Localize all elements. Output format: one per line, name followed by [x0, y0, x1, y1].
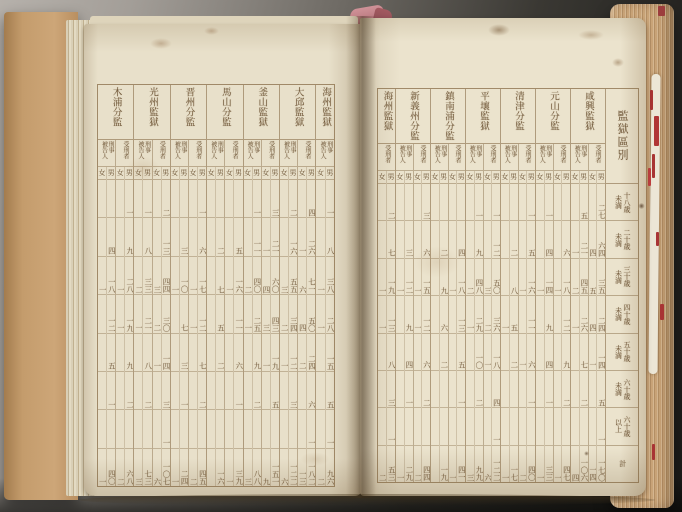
data-cell: 一 — [262, 334, 270, 372]
data-cell: 二八 — [326, 295, 334, 333]
data-cell — [207, 218, 215, 256]
data-cell — [216, 410, 224, 448]
vertical-text: 一 — [326, 439, 334, 447]
gender-header-male: 男 — [234, 167, 242, 180]
data-cell — [422, 408, 430, 445]
data-cell: 一 — [116, 295, 124, 333]
vertical-text: 刑事 — [143, 141, 150, 166]
data-cell: 三 — [466, 446, 474, 482]
gender-column-female: 女一六四二一三 — [298, 167, 307, 486]
data-cell: 一八二 — [307, 449, 315, 486]
data-cell: 二 — [253, 372, 261, 410]
data-cell — [484, 184, 492, 221]
vertical-text: 一 — [527, 399, 535, 407]
data-cell: 一七 — [510, 446, 518, 482]
vertical-text: 一 — [189, 286, 197, 294]
data-cell: 二 — [162, 180, 170, 218]
vertical-text: 二 — [216, 247, 224, 255]
vertical-text: 一 — [527, 212, 535, 220]
data-cell: 七 — [198, 334, 206, 372]
vertical-text: 二 — [198, 401, 206, 409]
vertical-text: 三 — [289, 401, 297, 409]
data-cell: 一一 — [253, 218, 261, 256]
gender-column-male: 男一一二五〇三六一八四一一二二 — [492, 171, 500, 482]
data-cell: 二 — [125, 372, 133, 410]
category-column: 監獄區別 十八歳未満二十歳未満三十歳未満四十歳未満五十歳未満六十歳未満六十歳以上… — [606, 89, 638, 482]
vertical-text: 九六 — [326, 470, 334, 485]
vertical-text: 二十歳 — [623, 229, 631, 250]
data-cell: 三五 — [597, 259, 605, 296]
data-cell: 三 — [244, 449, 252, 486]
data-cell: 四〇 — [527, 446, 535, 482]
data-cell — [571, 408, 579, 445]
vertical-text: 六十歳 — [623, 416, 631, 437]
vertical-text: 七 — [198, 362, 206, 370]
vertical-text: 二九 — [405, 466, 413, 481]
category-label: 受刑者 — [153, 140, 170, 167]
row-label: 三十歳未満 — [606, 259, 638, 296]
data-cell: 二 — [440, 221, 448, 258]
vertical-text: 六〇 — [271, 278, 279, 293]
gender-column-male: 男二一六五五三四一二三一二二 — [289, 167, 297, 486]
vertical-text: 一 — [107, 401, 115, 409]
data-cell: 九 — [405, 296, 413, 333]
data-cell — [554, 296, 562, 333]
vertical-text: 七一 — [307, 278, 315, 293]
gender-header-female: 女 — [449, 171, 457, 184]
data-cell: 一三 — [298, 449, 306, 486]
gender-header-female: 女 — [280, 167, 288, 180]
vertical-text: 四〇 — [107, 470, 115, 485]
vertical-text: 一二 — [562, 317, 570, 332]
vertical-text: 九 — [562, 361, 570, 369]
gender-header-male: 男 — [545, 171, 553, 184]
vertical-text: 四 — [405, 361, 413, 369]
data-cell: 一八 — [107, 257, 115, 295]
data-cell: 一〇 — [475, 334, 483, 371]
data-cell: 五 — [580, 184, 588, 221]
data-cell: 一 — [125, 180, 133, 218]
data-cell: 一 — [171, 449, 179, 486]
data-cell: 一三 — [387, 296, 395, 333]
data-cell: 五 — [271, 372, 279, 410]
data-cell — [484, 371, 492, 408]
vertical-text: 一八 — [107, 278, 115, 293]
data-cell: 三 — [271, 180, 279, 218]
data-cell — [98, 218, 106, 256]
data-cell: 一 — [527, 184, 535, 221]
data-cell — [396, 221, 404, 258]
vertical-text: 一 — [316, 286, 324, 294]
data-cell: 一 — [527, 371, 535, 408]
data-cell — [519, 296, 527, 333]
data-cell: 二 — [519, 446, 527, 482]
vertical-text: 六 — [198, 247, 206, 255]
gender-pair: 男五二一四五二六七二一〇六女一二一四 — [571, 171, 588, 482]
vertical-text: 一二 — [405, 279, 413, 294]
gender-header-female: 女 — [571, 171, 579, 184]
data-cell: 一 — [554, 446, 562, 482]
vertical-text: 六 — [298, 286, 306, 294]
data-cell — [225, 295, 233, 333]
vertical-text: 受刑者 — [489, 145, 496, 170]
vertical-text: 一 — [519, 287, 527, 295]
vertical-text: 一 — [153, 362, 161, 370]
vertical-text: 一 — [326, 209, 334, 217]
data-cell — [171, 334, 179, 372]
gender-header-female: 女 — [431, 171, 439, 184]
gender-pair: 男二七一九一三八三一五三女一一二 — [378, 171, 395, 482]
data-cell: 一 — [457, 371, 465, 408]
data-cell: 一 — [536, 259, 544, 296]
data-cell — [431, 184, 439, 221]
vertical-text: 一二 — [289, 355, 297, 370]
vertical-text: 七 — [180, 324, 188, 332]
data-cell: 二 — [116, 449, 124, 486]
vertical-text: 四〇 — [527, 466, 535, 481]
vertical-text: 五 — [271, 401, 279, 409]
vertical-text: 未満 — [614, 270, 622, 284]
category-column-header: 監獄區別 — [606, 89, 638, 184]
data-cell: 二 — [216, 334, 224, 372]
data-cell — [116, 218, 124, 256]
data-cell: 六 — [422, 334, 430, 371]
vertical-text: 二 — [580, 399, 588, 407]
gender-column-male: 男一八三八二八一五五一九六 — [326, 167, 334, 486]
vertical-text: 一 — [125, 209, 133, 217]
gender-header-female: 女 — [466, 171, 474, 184]
data-cell — [98, 410, 106, 448]
data-cell — [431, 296, 439, 333]
data-cell: 五 — [107, 334, 115, 372]
category-subcolumn: 刑事被告人男二七五二一六女 — [207, 140, 225, 486]
vertical-text: 一 — [162, 439, 170, 447]
data-cell — [431, 446, 439, 482]
vertical-text: 二四 — [307, 355, 315, 370]
prison-name: 清津分監 — [501, 89, 535, 144]
gender-header-male: 男 — [307, 167, 315, 180]
gender-pair: 男三二一六〇四三一九五一五一女一四三一九 — [262, 167, 279, 486]
vertical-text: 清津分監 — [513, 91, 523, 143]
data-cell — [501, 408, 509, 445]
vertical-text: 一一 — [253, 240, 261, 255]
category-subcolumn: 刑事被告人男一九四八二九一〇二九九女二一三 — [466, 144, 484, 482]
data-cell — [519, 408, 527, 445]
vertical-text: 受刑者 — [383, 145, 390, 170]
vertical-text: 一六 — [234, 278, 242, 293]
gender-column-female: 女一一 — [449, 171, 458, 482]
category-subcolumn: 受刑者男四一八一三五一四一女一一 — [449, 144, 466, 482]
vertical-text: 五〇 — [307, 317, 315, 332]
data-cell — [244, 410, 252, 448]
vertical-text: 二 — [143, 401, 151, 409]
vertical-text: 八 — [510, 287, 518, 295]
data-cell: 一二 — [562, 296, 570, 333]
data-cell: 八 — [143, 218, 151, 256]
vertical-text: 一 — [597, 436, 605, 444]
vertical-text: 二 — [162, 209, 170, 217]
vertical-text: 一 — [492, 212, 500, 220]
vertical-text: 二一 — [271, 240, 279, 255]
vertical-text: 一五 — [422, 279, 430, 294]
data-cell: 一八 — [492, 334, 500, 371]
vertical-text: 二九 — [475, 317, 483, 332]
category-label: 受刑者 — [262, 140, 279, 167]
gender-pair: 男三六一五一二六二四四女一一二 — [414, 171, 431, 482]
gender-column-male: 男五二一四五二六七二一〇六 — [580, 171, 588, 482]
data-cell: 二 — [289, 180, 297, 218]
data-cell — [554, 334, 562, 371]
data-cell: 三 — [262, 295, 270, 333]
data-cell: 九九 — [475, 446, 483, 482]
data-cell — [189, 218, 197, 256]
vertical-text: 九 — [405, 324, 413, 332]
vertical-text: 計 — [618, 460, 626, 467]
data-cell: 一 — [298, 218, 306, 256]
data-cell: 一五一 — [271, 449, 279, 486]
vertical-text: 四 — [545, 361, 553, 369]
vertical-text: 未満 — [614, 307, 622, 321]
data-cell: 一九 — [125, 295, 133, 333]
vertical-text: 一一 — [234, 317, 242, 332]
data-cell: 一六 — [234, 257, 242, 295]
data-cell: 四〇 — [107, 449, 115, 486]
vertical-text: 四 — [545, 249, 553, 257]
data-cell: 九 — [545, 296, 553, 333]
data-cell: 二 — [510, 221, 518, 258]
gender-header-male: 男 — [326, 167, 334, 180]
data-cell: 三 — [289, 372, 297, 410]
data-cell: 一九 — [440, 446, 448, 482]
data-cell — [414, 221, 422, 258]
prison-name: 咸興監獄 — [571, 89, 605, 144]
vertical-text: 五 — [326, 401, 334, 409]
gender-column-female: 女二一三 — [134, 167, 143, 486]
category-subcolumn: 刑事被告人男二九六二一九女 — [431, 144, 449, 482]
gender-header-male: 男 — [143, 167, 151, 180]
prison-column: 木浦分監受刑者男一九二八一九九二六八女一一二刑事被告人男四一八一二五一四〇女一一 — [98, 85, 134, 486]
data-cell — [527, 408, 535, 445]
data-cell — [189, 180, 197, 218]
vertical-text: 二四 — [597, 317, 605, 332]
data-cell: 二 — [422, 371, 430, 408]
vertical-text: 三 — [134, 478, 142, 486]
vertical-text: 二八 — [125, 278, 133, 293]
gender-column-female: 女四五四一一四 — [589, 171, 598, 482]
data-cell — [244, 334, 252, 372]
vertical-text: 刑事 — [544, 145, 551, 170]
vertical-text: 一六 — [527, 279, 535, 294]
vertical-text: 海州監獄 — [382, 91, 392, 143]
data-cell: 五〇 — [492, 259, 500, 296]
data-cell: 四 — [492, 371, 500, 408]
vertical-text: 一五 — [326, 355, 334, 370]
vertical-text: 一八二 — [307, 463, 315, 486]
prison-column: 清津分監受刑者男一五一六一一六一四〇女一一二刑事被告人男二八五二一七女一一 — [501, 89, 536, 482]
vertical-text: 一 — [262, 247, 270, 255]
gender-pair: 男一四一四九四一三三女一一 — [536, 171, 553, 482]
vertical-text: 新義州分監 — [408, 91, 418, 143]
category-label: 刑事被告人 — [207, 140, 224, 167]
data-cell — [207, 180, 215, 218]
data-cell — [207, 449, 215, 486]
vertical-text: 四 — [262, 286, 270, 294]
data-cell: 三 — [484, 259, 492, 296]
gender-header-male: 男 — [422, 171, 430, 184]
vertical-text: 一七〇 — [597, 459, 605, 482]
vertical-text: 受刑者 — [594, 145, 601, 170]
gender-column-male: 男六一八一二九二四七 — [562, 171, 570, 482]
data-cell — [466, 371, 474, 408]
data-cell: 一 — [396, 446, 404, 482]
gender-column-female: 女一一二 — [316, 167, 325, 486]
vertical-text: 四八 — [475, 279, 483, 294]
prison-name: 馬山分監 — [207, 85, 242, 140]
data-cell: 七三 — [143, 449, 151, 486]
prison-name: 鎮南浦分監 — [431, 89, 465, 144]
vertical-text: 二四 — [180, 470, 188, 485]
vertical-text: 一 — [536, 287, 544, 295]
data-cell — [189, 410, 197, 448]
vertical-text: 鎮南浦分監 — [443, 91, 453, 143]
vertical-text: 刑事 — [179, 141, 186, 166]
vertical-text: 六 — [527, 361, 535, 369]
category-label: 刑事被告人 — [280, 140, 297, 167]
vertical-text: 晋州分監 — [183, 87, 193, 139]
vertical-text: 刑事 — [404, 145, 411, 170]
vertical-text: 三〇 — [162, 317, 170, 332]
data-cell — [449, 371, 457, 408]
vertical-text: 二一 — [580, 242, 588, 257]
vertical-text: 六 — [440, 324, 448, 332]
vertical-text: 一 — [307, 439, 315, 447]
data-cell — [289, 410, 297, 448]
data-cell: 一四 — [597, 334, 605, 371]
data-cell: 一二二 — [492, 446, 500, 482]
category-subcolumn: 受刑者男六一八一二九二四七女一一 — [554, 144, 571, 482]
data-cell: 二 — [189, 449, 197, 486]
row-label: 六十歳未満 — [606, 371, 638, 408]
gender-column-male: 男一四一四九四一三三 — [545, 171, 553, 482]
data-cell — [554, 184, 562, 221]
data-cell: 一 — [519, 259, 527, 296]
data-cell: 六 — [440, 296, 448, 333]
data-cell — [449, 296, 457, 333]
vertical-text: 八 — [143, 247, 151, 255]
vertical-text: 馬山分監 — [220, 87, 230, 139]
data-cell: 一 — [449, 259, 457, 296]
vertical-text: 四〇 — [253, 278, 261, 293]
red-edge-mark — [658, 6, 665, 16]
data-cell: 一二二 — [289, 449, 297, 486]
data-cell — [440, 184, 448, 221]
data-cell: 七 — [180, 295, 188, 333]
data-cell: 一 — [225, 449, 233, 486]
vertical-text: 二 — [244, 286, 252, 294]
data-cell — [189, 334, 197, 372]
data-cell — [378, 184, 386, 221]
data-cell — [107, 410, 115, 448]
vertical-text: 一 — [554, 474, 562, 482]
prison-subcolumns: 受刑者男一九二八一九九二六八女一一二刑事被告人男四一八一二五一四〇女一一 — [98, 140, 133, 486]
data-cell: 一六 — [527, 259, 535, 296]
data-cell: 一五 — [326, 334, 334, 372]
data-cell: 二 — [414, 446, 422, 482]
vertical-text: 六十歳 — [623, 379, 631, 400]
vertical-text: 三 — [244, 478, 252, 486]
data-cell: 二 — [134, 257, 142, 295]
gender-column-male: 男一六一七一二七二四五 — [198, 167, 206, 486]
data-cell: 九 — [125, 218, 133, 256]
data-cell: 二 — [580, 371, 588, 408]
prison-subcolumns: 受刑者男一一二五〇三六一八四一一二二女三二一六刑事被告人男一九四八二九一〇二九九… — [466, 144, 500, 482]
vertical-text: 二 — [484, 324, 492, 332]
vertical-text: 四 — [107, 247, 115, 255]
data-cell: 一 — [116, 257, 124, 295]
data-cell — [216, 372, 224, 410]
vertical-text: 一 — [536, 474, 544, 482]
data-cell — [225, 334, 233, 372]
gender-column-male: 男一五一六一一六一四〇 — [527, 171, 535, 482]
vertical-text: 平壤監獄 — [478, 91, 488, 143]
data-cell — [107, 180, 115, 218]
data-cell: 一 — [189, 257, 197, 295]
category-subcolumn: 刑事被告人男五二一四五二六七二一〇六女一二一四 — [571, 144, 589, 482]
data-cell: 二 — [153, 295, 161, 333]
data-cell: 三九 — [234, 449, 242, 486]
vertical-text: 六 — [153, 478, 161, 486]
vertical-text: 一〇 — [180, 278, 188, 293]
category-subcolumn: 刑事被告人男一一一四〇二五九二八八女二一三 — [244, 140, 262, 486]
data-cell — [536, 296, 544, 333]
red-edge-mark — [656, 232, 659, 246]
row-label: 十八歳未満 — [606, 184, 638, 221]
data-cell: 八 — [326, 218, 334, 256]
data-cell — [316, 372, 324, 410]
data-cell: 一 — [307, 410, 315, 448]
data-cell: 二 — [475, 371, 483, 408]
photo-stage: 海州監獄刑事被告人男一八三八二八一五五一九六女一一二大邱監獄受刑者男四二六七一五… — [0, 0, 682, 512]
vertical-text: 六 — [307, 401, 315, 409]
data-cell — [378, 408, 386, 445]
data-cell: 一 — [189, 295, 197, 333]
data-cell — [414, 408, 422, 445]
gender-column-male: 男五一六一一六一三九 — [234, 167, 242, 486]
data-cell: 一 — [280, 334, 288, 372]
category-subcolumn: 刑事被告人男三一二九四一二九女一一 — [396, 144, 414, 482]
vertical-text: 二 — [116, 478, 124, 486]
category-subcolumn: 刑事被告人男二八五二一七女一一 — [501, 144, 519, 482]
data-cell: 一八 — [562, 259, 570, 296]
gender-header-female: 女 — [134, 167, 142, 180]
data-cell: 四 — [107, 218, 115, 256]
data-cell — [589, 371, 597, 408]
data-cell — [189, 372, 197, 410]
prison-subcolumns: 受刑者男四一八一三五一四一女一一刑事被告人男二九六二一九女 — [431, 144, 465, 482]
gender-column-female: 女三二一六 — [153, 167, 162, 486]
gender-column-female: 女一一 — [396, 171, 405, 482]
vertical-text: 四 — [589, 324, 597, 332]
vertical-text: 一三 — [457, 317, 465, 332]
data-cell: 四 — [298, 295, 306, 333]
category-subcolumn: 受刑者男一一二五〇三六一八四一一二二女三二一六 — [484, 144, 501, 482]
gender-header-male: 男 — [580, 171, 588, 184]
row-label: 六十歳以上 — [606, 408, 638, 445]
gender-column-female: 女一一二 — [378, 171, 387, 482]
vertical-text: 受刑者 — [267, 141, 274, 166]
data-cell — [207, 334, 215, 372]
gender-column-male: 男四二六七一五〇二四六一一八二 — [307, 167, 315, 486]
